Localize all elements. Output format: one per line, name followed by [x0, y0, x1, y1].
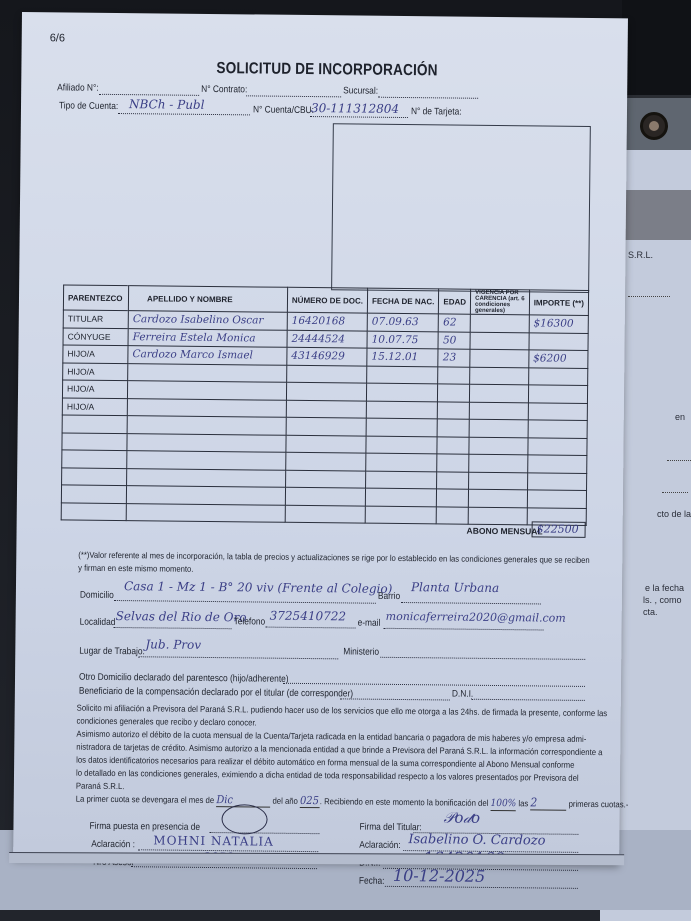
cell-edad[interactable] — [438, 419, 470, 437]
cell-nombre[interactable] — [127, 416, 286, 435]
cell-fecha-nac[interactable] — [365, 488, 437, 506]
cell-edad[interactable] — [438, 401, 470, 419]
cell-doc[interactable] — [286, 435, 366, 453]
cell-doc[interactable] — [286, 452, 366, 470]
cell-vigencia[interactable] — [469, 454, 528, 472]
cell-edad[interactable] — [437, 489, 469, 507]
cell-parentezco[interactable]: CÓNYUGE — [63, 327, 128, 345]
background-text: en — [675, 412, 685, 422]
presencia-label: Firma puesta en presencia de — [89, 821, 200, 833]
titular-signature-mark: 𝒫𝑜𝒹𝑜 — [443, 808, 480, 826]
cell-doc[interactable] — [285, 470, 365, 488]
background-text: ls. , como — [643, 595, 682, 605]
abono-mensual-value[interactable]: $22500 — [532, 521, 586, 538]
cell-nombre[interactable] — [127, 468, 286, 487]
column-header: PARENTEZCO — [63, 285, 128, 311]
column-header: APELLIDO Y NOMBRE — [128, 286, 287, 313]
domicilio-field[interactable] — [114, 600, 376, 604]
cell-fecha-nac[interactable] — [366, 436, 438, 454]
cell-vigencia[interactable] — [470, 314, 529, 332]
cell-vigencia[interactable] — [470, 332, 529, 350]
background-text: e la fecha — [645, 583, 684, 593]
cell-importe[interactable] — [528, 367, 587, 385]
sucursal-label: Sucursal: — [343, 85, 378, 96]
cell-parentezco[interactable] — [62, 467, 127, 485]
cell-doc[interactable] — [286, 382, 366, 400]
cell-nombre[interactable] — [127, 398, 286, 417]
cuota-prefix: La primer cuota se devengara el mes de — [76, 794, 215, 805]
beneficiario-dni-field[interactable] — [471, 699, 585, 701]
email-value: monicaferreira2020@gmail.com — [386, 610, 566, 625]
cell-parentezco[interactable]: HIJO/A — [63, 362, 128, 380]
beneficiario-label: Beneficiario de la compensación declarad… — [79, 686, 353, 700]
cell-vigencia[interactable] — [470, 367, 529, 385]
ministerio-label: Ministerio — [343, 646, 379, 657]
cuenta-cbu-label: N° Cuenta/CBU: — [253, 104, 314, 116]
cell-edad[interactable]: 23 — [438, 349, 470, 367]
cell-fecha-nac[interactable]: 10.07.75 — [367, 331, 439, 349]
cell-doc[interactable] — [286, 417, 366, 435]
cell-fecha-nac[interactable] — [365, 506, 437, 524]
trabajo-label: Lugar de Trabajo: — [79, 646, 145, 658]
cell-importe[interactable] — [527, 472, 586, 490]
tipo-cuenta-value: NBCh - Publ — [129, 97, 205, 112]
column-header: IMPORTE (**) — [529, 290, 589, 316]
beneficiario-field[interactable] — [340, 698, 450, 700]
cuota-anio-field[interactable]: 025 — [300, 794, 320, 808]
cell-nombre[interactable] — [126, 486, 285, 505]
sucursal-field[interactable] — [378, 97, 478, 99]
cell-doc[interactable]: 24444524 — [287, 330, 367, 348]
aclaracion-left-value: MOHNI NATALIA — [153, 833, 274, 848]
cell-edad[interactable] — [437, 506, 469, 524]
cuota-line: La primer cuota se devengara el mes de D… — [76, 792, 629, 813]
cell-fecha-nac[interactable] — [366, 471, 438, 489]
cell-fecha-nac[interactable] — [366, 401, 438, 419]
cell-vigencia[interactable] — [470, 384, 529, 402]
tipo-cuenta-field[interactable] — [118, 113, 250, 115]
cell-doc[interactable] — [285, 505, 365, 523]
cuenta-cbu-field[interactable] — [310, 116, 408, 118]
domicilio-label: Domicilio — [80, 590, 114, 601]
telefono-value: 3725410722 — [270, 609, 347, 624]
cuota-bonif-field[interactable]: 100% — [490, 797, 516, 811]
cell-doc[interactable] — [286, 400, 366, 418]
barrio-label: Barrio — [378, 591, 400, 602]
cell-nombre[interactable]: Cardozo Marco Ismael — [128, 346, 287, 365]
cuota-las-label: las — [518, 798, 528, 808]
email-field[interactable] — [384, 628, 544, 631]
cell-importe[interactable]: $16300 — [529, 315, 588, 333]
cell-parentezco[interactable]: TITULAR — [63, 310, 128, 328]
telefono-field[interactable] — [266, 627, 356, 629]
cell-parentezco[interactable] — [61, 485, 126, 503]
cell-edad[interactable] — [437, 454, 469, 472]
background-dots — [628, 296, 670, 297]
tarjeta-box[interactable] — [331, 123, 591, 293]
tipo-cuenta-label: Tipo de Cuenta: — [59, 100, 118, 112]
cell-fecha-nac[interactable] — [366, 453, 438, 471]
cell-edad[interactable] — [438, 384, 470, 402]
cell-doc[interactable]: 16420168 — [287, 312, 367, 330]
localidad-field[interactable] — [114, 627, 232, 629]
form-paper: 6/6 SOLICITUD DE INCORPORACIÓN Afiliado … — [13, 12, 628, 863]
column-header: NÚMERO DE DOC. — [287, 287, 367, 313]
paper-curl-edge — [9, 852, 624, 865]
afiliado-field[interactable] — [99, 94, 199, 96]
aclaracion-right-value: Isabelino O. Cardozo — [408, 832, 545, 848]
cell-vigencia[interactable] — [470, 349, 529, 367]
ministerio-field[interactable] — [380, 657, 585, 660]
background-text: cta. — [643, 607, 658, 617]
fecha-value: 10-12-2025 — [393, 866, 485, 886]
email-label: e-mail — [358, 618, 381, 629]
cell-fecha-nac[interactable]: 15.12.01 — [367, 348, 439, 366]
page-number: 6/6 — [50, 32, 65, 44]
cell-importe[interactable] — [529, 332, 588, 350]
background-text: S.R.L. — [628, 250, 653, 260]
background-text: cto de la — [657, 509, 691, 519]
aclaracion-right-label: Aclaración: — [359, 840, 400, 851]
column-header: FECHA DE NAC. — [367, 288, 439, 314]
cell-edad[interactable] — [438, 366, 470, 384]
cell-vigencia[interactable] — [469, 419, 528, 437]
presencia-signature-stamp — [221, 804, 267, 834]
afiliado-label: Afiliado N°: — [57, 82, 99, 93]
telefono-label: Telefono — [234, 616, 266, 627]
column-header: VIGENCIA POR CARENCIA (art. 6 condicione… — [470, 289, 529, 315]
cuenta-cbu-value: 30-111312804 — [311, 101, 399, 116]
price-note-line-2: y firman en este mismo momento. — [78, 563, 193, 574]
cell-importe[interactable] — [528, 437, 587, 455]
cell-doc[interactable]: 43146929 — [287, 347, 367, 365]
cell-edad[interactable] — [437, 436, 469, 454]
fecha-label: Fecha: — [359, 876, 385, 887]
cuota-anio-label: del año — [272, 796, 297, 806]
cell-parentezco[interactable]: HIJO/A — [62, 397, 127, 415]
otro-domicilio-field[interactable] — [283, 683, 585, 687]
cell-nombre[interactable]: Cardozo Isabelino Oscar — [128, 311, 287, 330]
background-dots — [662, 492, 688, 493]
cuota-cantidad-field[interactable]: 2 — [530, 796, 566, 810]
cell-edad[interactable]: 62 — [439, 314, 471, 332]
cell-importe[interactable] — [527, 455, 586, 473]
cell-parentezco[interactable]: HIJO/A — [63, 345, 128, 363]
otro-domicilio-label: Otro Domicilio declarado del parentesco … — [79, 672, 289, 685]
cell-importe[interactable] — [527, 490, 586, 508]
barrio-value: Planta Urbana — [411, 580, 499, 595]
cell-edad[interactable] — [437, 471, 469, 489]
contrato-label: N° Contrato: — [201, 84, 247, 95]
barrio-field[interactable] — [401, 602, 541, 604]
domicilio-value: Casa 1 - Mz 1 - B° 20 viv (Frente al Col… — [124, 579, 392, 596]
cell-importe[interactable] — [528, 385, 587, 403]
cell-doc[interactable] — [285, 487, 365, 505]
cell-vigencia[interactable] — [469, 437, 528, 455]
cell-parentezco[interactable] — [62, 432, 127, 450]
cell-doc[interactable] — [287, 365, 367, 383]
cell-nombre[interactable] — [127, 433, 286, 452]
cuota-bonif-label: . Recibiendo en este momento la bonifica… — [320, 796, 489, 808]
trabajo-field[interactable] — [138, 656, 338, 659]
cell-nombre[interactable] — [127, 451, 286, 470]
cell-parentezco[interactable] — [62, 415, 127, 433]
cell-vigencia[interactable] — [468, 507, 527, 525]
background-sheet-band — [625, 190, 691, 240]
cuota-suffix: primeras cuotas.- — [569, 799, 629, 810]
cell-importe[interactable] — [528, 402, 587, 420]
cell-fecha-nac[interactable]: 07.09.63 — [367, 313, 439, 331]
cell-importe[interactable]: $6200 — [529, 350, 588, 368]
cell-nombre[interactable] — [128, 363, 287, 382]
cell-parentezco[interactable] — [62, 450, 127, 468]
aclaracion-left-label: Aclaración : — [91, 839, 135, 850]
cell-parentezco[interactable] — [61, 502, 126, 520]
column-header: EDAD — [439, 289, 471, 314]
cell-parentezco[interactable]: HIJO/A — [62, 380, 127, 398]
cell-nombre[interactable] — [126, 503, 285, 522]
trabajo-value: Jub. Prov — [145, 637, 201, 652]
localidad-value: Selvas del Rio de Oro — [116, 609, 247, 624]
cell-vigencia[interactable] — [468, 489, 527, 507]
family-table: PARENTEZCO APELLIDO Y NOMBRE NÚMERO DE D… — [61, 284, 589, 525]
background-dots — [667, 460, 691, 461]
cell-vigencia[interactable] — [469, 472, 528, 490]
cell-fecha-nac[interactable] — [366, 418, 438, 436]
cell-vigencia[interactable] — [469, 402, 528, 420]
tarjeta-label: N° de Tarjeta: — [411, 106, 462, 118]
cell-fecha-nac[interactable] — [367, 366, 439, 384]
cell-importe[interactable] — [528, 420, 587, 438]
cell-edad[interactable]: 50 — [438, 331, 470, 349]
cell-nombre[interactable] — [128, 381, 287, 400]
cell-fecha-nac[interactable] — [366, 383, 438, 401]
cell-nombre[interactable]: Ferreira Estela Monica — [128, 328, 287, 347]
device-knob-icon — [640, 112, 668, 140]
form-title: SOLICITUD DE INCORPORACIÓN — [216, 60, 437, 80]
localidad-label: Localidad — [80, 617, 116, 628]
contrato-field[interactable] — [246, 95, 341, 97]
